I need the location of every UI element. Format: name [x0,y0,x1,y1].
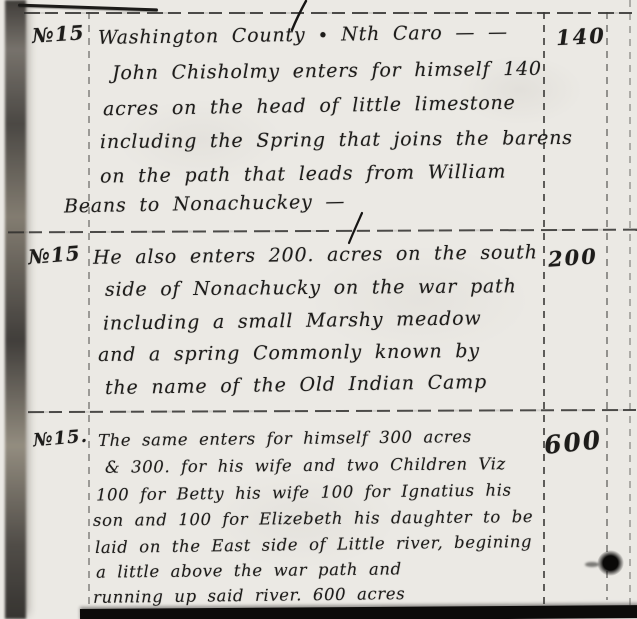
entry-line: & 300. for his wife and two Children Viz [105,454,506,476]
entry-number: №15. [32,426,89,452]
column-rule-edge [629,0,631,607]
book-binding-shadow [5,0,26,619]
ledger-rule-divider-2 [28,409,637,413]
entry-line: and a spring Commonly known by [98,340,480,366]
entry-line: 100 for Betty his wife 100 for Ignatius … [96,480,512,504]
entry-number: №15 [31,20,85,48]
ink-blot-tail [585,562,599,567]
top-left-rule-segment [18,4,158,12]
entry-line: on the path that leads from William [100,161,506,188]
entry-line: Washington County ∙ Nth Caro — — [98,21,508,49]
entry-amount: 140 [555,23,606,51]
column-rule-margin [88,12,90,607]
entry-line: the name of the Old Indian Camp [105,371,487,399]
column-rule-amount [543,12,545,607]
ledger-page: №15 140 Washington County ∙ Nth Caro — —… [0,0,637,619]
entry-line: He also enters 200. acres on the south [93,241,538,268]
entry-line: including a small Marshy meadow [103,307,482,334]
entry-line: a little above the war path and [96,559,402,581]
entry-line: The same enters for himself 300 acres [98,427,472,450]
entry-line: side of Nonachucky on the war path [105,275,517,301]
entry-line: John Chisholmy enters for himself 140 [112,58,542,85]
ink-blot [597,550,624,576]
column-rule-right [606,12,608,600]
entry-amount: 600 [543,425,604,460]
entry-line: son and 100 for Elizebeth his daughter t… [93,507,533,530]
entry-amount: 200 [547,243,598,271]
entry-line: acres on the head of little limestone [103,92,516,120]
entry-line: including the Spring that joins the bare… [100,127,573,153]
entry-number: №15 [27,241,81,269]
entry-line: running up said river. 600 acres [93,584,405,607]
entry-line: Beans to Nonachuckey — [64,191,346,218]
entry-line: laid on the East side of Little river, b… [95,532,532,557]
page-bottom-edge [80,605,637,619]
ledger-rule-top [24,12,637,14]
